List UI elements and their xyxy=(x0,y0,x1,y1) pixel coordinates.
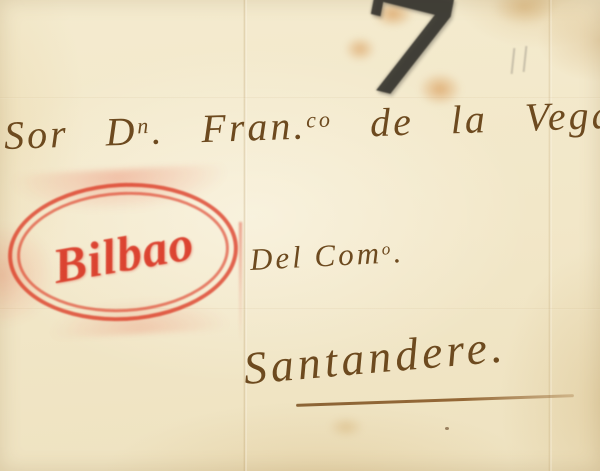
address-line-reference: Del Como. xyxy=(249,234,405,278)
address-line-destination: Santandere. xyxy=(241,319,508,395)
address-text: . xyxy=(392,234,405,270)
ink-speck xyxy=(445,427,449,430)
address-text: . Fran. xyxy=(151,102,307,152)
address-superscript: o xyxy=(381,239,393,259)
address-text: Sor D xyxy=(3,108,138,158)
address-text: Del Com xyxy=(249,235,383,277)
letter-cover: 7 Sor Dn. Fran.co de la Vega Bilbao Del … xyxy=(0,0,600,471)
address-line-recipient: Sor Dn. Fran.co de la Vega xyxy=(3,91,600,159)
postmark-ink-offset-streak xyxy=(239,222,242,342)
address-superscript: n xyxy=(137,113,152,138)
toning-stain xyxy=(328,416,364,438)
address-superscript: co xyxy=(306,107,334,133)
bilbao-postmark: Bilbao xyxy=(5,177,242,327)
pencil-mark xyxy=(511,48,516,74)
toning-stain xyxy=(492,0,556,26)
destination-underline xyxy=(296,394,574,407)
address-text: de la Vega xyxy=(332,92,600,147)
pencil-mark xyxy=(523,46,528,72)
fold-line-right xyxy=(548,0,552,471)
